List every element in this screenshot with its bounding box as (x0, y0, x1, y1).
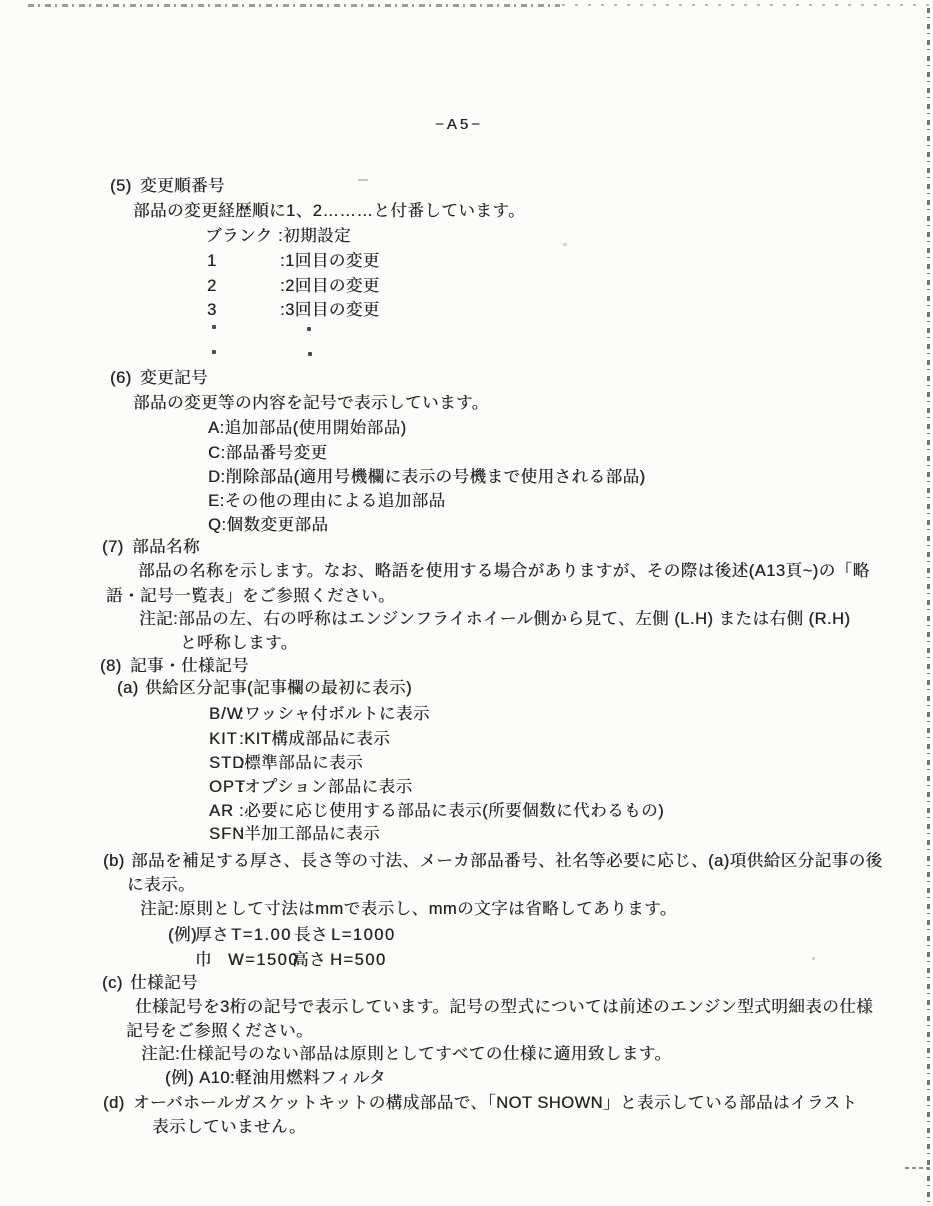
def-term: B/W (209, 704, 239, 724)
subsection-c-example: (例) A10:軽油用燃料フィルタ (165, 1068, 386, 1088)
def-code: E (208, 492, 220, 510)
scan-speck (358, 179, 368, 181)
def-text: :1回目の変更 (280, 252, 380, 270)
scanned-page: −A5− (5)変更順番号 部品の変更経歴順に1、2………と付番しています。 ブ… (0, 0, 933, 1206)
change-order-def-row: ブランク:初期設定 (205, 226, 351, 246)
section-6-title: 変更記号 (140, 369, 208, 387)
scan-speck (563, 243, 567, 246)
scan-noise-top-left (28, 4, 560, 7)
subsection-c-body-line1: 仕様記号を3桁の記号で表示しています。記号の型式については前述のエンジン型式明細… (135, 997, 873, 1017)
body-text: 部品を補足する厚さ、長さ等の寸法、メーカ部品番号、社名等必要に応じ、(a)項供給… (131, 852, 883, 870)
def-code: D (208, 468, 220, 486)
def-code: C (208, 444, 220, 462)
section-8-title: 記事・仕様記号 (130, 657, 249, 675)
def-text: :半加工部品に表示 (239, 825, 380, 843)
def-term: 1 (207, 251, 280, 271)
change-code-def-row: Q:個数変更部品 (208, 515, 328, 535)
change-code-def-row: C:部品番号変更 (208, 443, 328, 463)
example-term: 巾 (195, 950, 212, 970)
subsection-b-label: (b) (103, 851, 131, 871)
def-text: :ワッシャ付ボルトに表示 (239, 705, 430, 723)
def-text: :追加部品(使用開始部品) (220, 419, 407, 437)
section-8-label: (8) (100, 656, 130, 676)
def-term: 2 (207, 276, 280, 296)
body-text: オーバホールガスケットキットの構成部品で、「NOT SHOWN」と表示している部… (133, 1094, 857, 1112)
section-5-label: (5) (110, 176, 140, 196)
def-text: :削除部品(適用号機欄に表示の号機まで使用される部品) (220, 468, 645, 486)
section-7-heading: (7)部品名称 (102, 537, 200, 557)
subsection-b-note: 注記:原則として寸法はmmで表示し、mmの文字は省略してあります。 (140, 899, 677, 919)
example-value: T=1.00 (231, 925, 292, 945)
subsection-c-label: (c) (102, 973, 130, 993)
def-term: STD (209, 753, 239, 773)
def-text: :個数変更部品 (221, 516, 328, 534)
section-5-title: 変更順番号 (140, 177, 225, 195)
scan-noise-top-right (562, 4, 930, 6)
def-text: :3回目の変更 (280, 301, 380, 319)
scan-noise-right-edge (927, 8, 930, 1204)
section-6-heading: (6)変更記号 (110, 368, 208, 388)
section-6-intro: 部品の変更等の内容を記号で表示しています。 (133, 393, 489, 413)
def-term: KIT (209, 729, 239, 749)
change-order-def-row: 1:1回目の変更 (207, 251, 380, 271)
supply-def-row: STD:標準部品に表示 (209, 753, 363, 773)
def-term: OPT (209, 777, 239, 797)
section-7-body-line1: 部品の名称を示します。なお、略語を使用する場合がありますが、その際は後述(A13… (138, 561, 870, 581)
section-7-label: (7) (102, 537, 132, 557)
subsection-c-body-line2: 記号をご参照ください。 (126, 1021, 313, 1041)
supply-def-row: B/W:ワッシャ付ボルトに表示 (209, 704, 430, 724)
subsection-d-body-line1: (d)オーバホールガスケットキットの構成部品で、「NOT SHOWN」と表示して… (103, 1093, 857, 1113)
subsection-c-note: 注記:仕様記号のない部品は原則としてすべての仕様に適用致します。 (141, 1044, 671, 1064)
subsection-d-body-line2: 表示していません。 (152, 1117, 306, 1137)
subsection-a-heading: (a)供給区分記事(記事欄の最初に表示) (117, 678, 412, 698)
ellipsis-dot (308, 352, 312, 356)
def-text: :オプション部品に表示 (239, 778, 413, 796)
example-term: 厚さ (195, 925, 229, 945)
subsection-a-label: (a) (117, 678, 145, 698)
def-term: 3 (207, 300, 280, 320)
def-text: :2回目の変更 (280, 277, 380, 295)
def-code: A (208, 419, 220, 437)
def-text: :KIT構成部品に表示 (239, 730, 390, 748)
example-value: L=1000 (331, 925, 396, 945)
section-7-title: 部品名称 (132, 538, 200, 556)
example-label: (例) (168, 925, 197, 945)
ellipsis-dot (212, 350, 216, 354)
def-text: :初期設定 (278, 227, 351, 245)
change-code-def-row: E:その他の理由による追加部品 (208, 491, 446, 511)
supply-def-row: KIT:KIT構成部品に表示 (209, 729, 390, 749)
page-number: −A5− (435, 115, 483, 135)
example-term: 長さ (294, 925, 328, 945)
scan-speck (812, 957, 815, 960)
section-7-body-line2: 語・記号一覧表」をご参照ください。 (106, 586, 395, 606)
example-value: H=500 (330, 950, 387, 970)
subsection-c-heading: (c)仕様記号 (102, 973, 198, 993)
ellipsis-dot (307, 327, 311, 331)
def-term: ブランク (205, 226, 278, 246)
def-term: AR (209, 801, 239, 821)
change-order-def-row: 3:3回目の変更 (207, 300, 380, 320)
subsection-a-title: 供給区分記事(記事欄の最初に表示) (145, 679, 412, 697)
section-6-label: (6) (110, 368, 140, 388)
section-5-intro: 部品の変更経歴順に1、2………と付番しています。 (133, 201, 525, 221)
section-5-heading: (5)変更順番号 (110, 176, 225, 196)
subsection-c-title: 仕様記号 (130, 974, 198, 992)
supply-def-row: AR:必要に応じ使用する部品に表示(所要個数に代わるもの) (209, 801, 664, 821)
subsection-b-body-line1: (b)部品を補足する厚さ、長さ等の寸法、メーカ部品番号、社名等必要に応じ、(a)… (103, 851, 883, 871)
section-7-note-line2: と呼称します。 (180, 633, 298, 653)
change-code-def-row: A:追加部品(使用開始部品) (208, 418, 407, 438)
def-text: :その他の理由による追加部品 (220, 492, 446, 510)
def-text: :必要に応じ使用する部品に表示(所要個数に代わるもの) (239, 802, 664, 820)
example-term: 高さ (292, 950, 326, 970)
section-7-note-line1: 注記:部品の左、右の呼称はエンジンフライホイール側から見て、左側 (L.H) ま… (139, 609, 850, 629)
change-order-def-row: 2:2回目の変更 (207, 276, 380, 296)
scan-noise-tick (905, 1167, 931, 1169)
ellipsis-dot (212, 325, 216, 329)
def-code: Q (208, 516, 221, 534)
subsection-d-label: (d) (103, 1093, 133, 1113)
supply-def-row: OPT:オプション部品に表示 (209, 777, 413, 797)
def-term: SFN (209, 824, 239, 844)
change-code-def-row: D:削除部品(適用号機欄に表示の号機まで使用される部品) (208, 467, 646, 487)
section-8-heading: (8)記事・仕様記号 (100, 656, 249, 676)
def-text: :標準部品に表示 (239, 754, 363, 772)
example-value: W=1500 (228, 950, 299, 970)
def-text: :部品番号変更 (220, 444, 327, 462)
subsection-b-body-line2: に表示。 (127, 875, 195, 895)
supply-def-row: SFN:半加工部品に表示 (209, 824, 380, 844)
